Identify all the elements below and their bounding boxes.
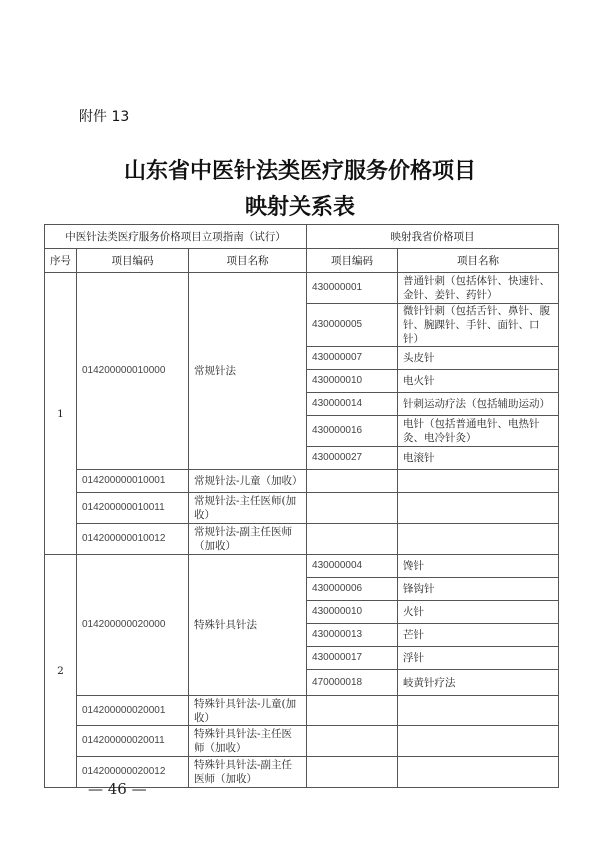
mapped-code-cell (307, 470, 398, 493)
mapped-code-cell: 430000006 (307, 578, 398, 601)
item-code-cell: 014200000020011 (77, 726, 189, 757)
mapped-name-cell (398, 470, 559, 493)
mapped-code-cell (307, 696, 398, 726)
mapped-name-cell: 头皮针 (398, 347, 559, 370)
mapped-code-cell (307, 493, 398, 524)
mapped-code-cell: 430000017 (307, 647, 398, 670)
mapped-code-cell: 430000007 (307, 347, 398, 370)
mapped-name-cell: 浮针 (398, 647, 559, 670)
item-name-cell: 常规针法 (189, 273, 307, 470)
mapped-name-cell (398, 493, 559, 524)
item-name-cell: 常规针法-主任医师(加收） (189, 493, 307, 524)
table-row: 014200000010012 常规针法-副主任医师（加收） (45, 524, 559, 555)
mapped-code-cell: 470000018 (307, 670, 398, 696)
col-header-mapped-code: 项目编码 (307, 249, 398, 273)
mapped-name-cell: 岐黄针疗法 (398, 670, 559, 696)
item-name-cell: 常规针法-儿童（加收） (189, 470, 307, 493)
mapped-code-cell (307, 524, 398, 555)
mapped-name-cell: 针刺运动疗法（包括辅助运动） (398, 393, 559, 416)
col-header-name: 项目名称 (189, 249, 307, 273)
mapped-name-cell (398, 757, 559, 788)
mapped-code-cell: 430000014 (307, 393, 398, 416)
column-header-row: 序号 项目编码 项目名称 项目编码 项目名称 (45, 249, 559, 273)
table-row: 014200000010011 常规针法-主任医师(加收） (45, 493, 559, 524)
mapped-name-cell: 火针 (398, 601, 559, 624)
mapped-name-cell (398, 524, 559, 555)
mapped-name-cell: 微针针刺（包括舌针、鼻针、腹针、腕踝针、手针、面针、口针） (398, 304, 559, 347)
mapped-code-cell: 430000010 (307, 601, 398, 624)
mapped-code-cell: 430000001 (307, 273, 398, 304)
document-title: 山东省中医针法类医疗服务价格项目 (0, 154, 600, 185)
table-row: 1 014200000010000 常规针法 430000001 普通针刺（包括… (45, 273, 559, 304)
mapped-name-cell (398, 726, 559, 757)
item-name-cell: 特殊针具针法-主任医师（加收） (189, 726, 307, 757)
mapped-name-cell: 馋针 (398, 555, 559, 578)
group-header-guideline: 中医针法类医疗服务价格项目立项指南（试行） (45, 225, 307, 249)
item-name-cell: 特殊针具针法 (189, 555, 307, 696)
table-row: 014200000010001 常规针法-儿童（加收） (45, 470, 559, 493)
item-code-cell: 014200000010001 (77, 470, 189, 493)
mapped-name-cell: 锋钩针 (398, 578, 559, 601)
item-name-cell: 特殊针具针法-儿童(加收） (189, 696, 307, 726)
mapped-code-cell: 430000027 (307, 447, 398, 470)
mapped-name-cell: 电火针 (398, 370, 559, 393)
group-header-province: 映射我省价格项目 (307, 225, 559, 249)
mapped-name-cell (398, 696, 559, 726)
mapped-name-cell: 电滚针 (398, 447, 559, 470)
col-header-seq: 序号 (45, 249, 77, 273)
table-row: 014200000020001 特殊针具针法-儿童(加收） (45, 696, 559, 726)
item-name-cell: 常规针法-副主任医师（加收） (189, 524, 307, 555)
table-row: 014200000020011 特殊针具针法-主任医师（加收） (45, 726, 559, 757)
page-number: — 46 — (88, 780, 147, 798)
mapped-code-cell: 430000005 (307, 304, 398, 347)
mapped-code-cell: 430000004 (307, 555, 398, 578)
item-name-cell: 特殊针具针法-副主任医师（加收） (189, 757, 307, 788)
item-code-cell: 014200000020001 (77, 696, 189, 726)
col-header-mapped-name: 项目名称 (398, 249, 559, 273)
seq-cell: 2 (45, 555, 77, 788)
mapping-table: 中医针法类医疗服务价格项目立项指南（试行） 映射我省价格项目 序号 项目编码 项… (44, 224, 559, 788)
document-subtitle: 映射关系表 (0, 190, 600, 221)
item-code-cell: 014200000010000 (77, 273, 189, 470)
table-row: 2 014200000020000 特殊针具针法 430000004 馋针 (45, 555, 559, 578)
mapped-code-cell (307, 757, 398, 788)
attachment-label: 附件 13 (79, 106, 129, 126)
mapped-name-cell: 芒针 (398, 624, 559, 647)
seq-cell: 1 (45, 273, 77, 555)
mapped-code-cell (307, 726, 398, 757)
mapped-name-cell: 电针（包括普通电针、电热针灸、电冷针灸） (398, 416, 559, 447)
col-header-code: 项目编码 (77, 249, 189, 273)
mapped-code-cell: 430000013 (307, 624, 398, 647)
group-header-row: 中医针法类医疗服务价格项目立项指南（试行） 映射我省价格项目 (45, 225, 559, 249)
mapped-code-cell: 430000016 (307, 416, 398, 447)
item-code-cell: 014200000010012 (77, 524, 189, 555)
item-code-cell: 014200000020000 (77, 555, 189, 696)
mapped-code-cell: 430000010 (307, 370, 398, 393)
item-code-cell: 014200000010011 (77, 493, 189, 524)
mapped-name-cell: 普通针刺（包括体针、快速针、金针、姜针、药针） (398, 273, 559, 304)
